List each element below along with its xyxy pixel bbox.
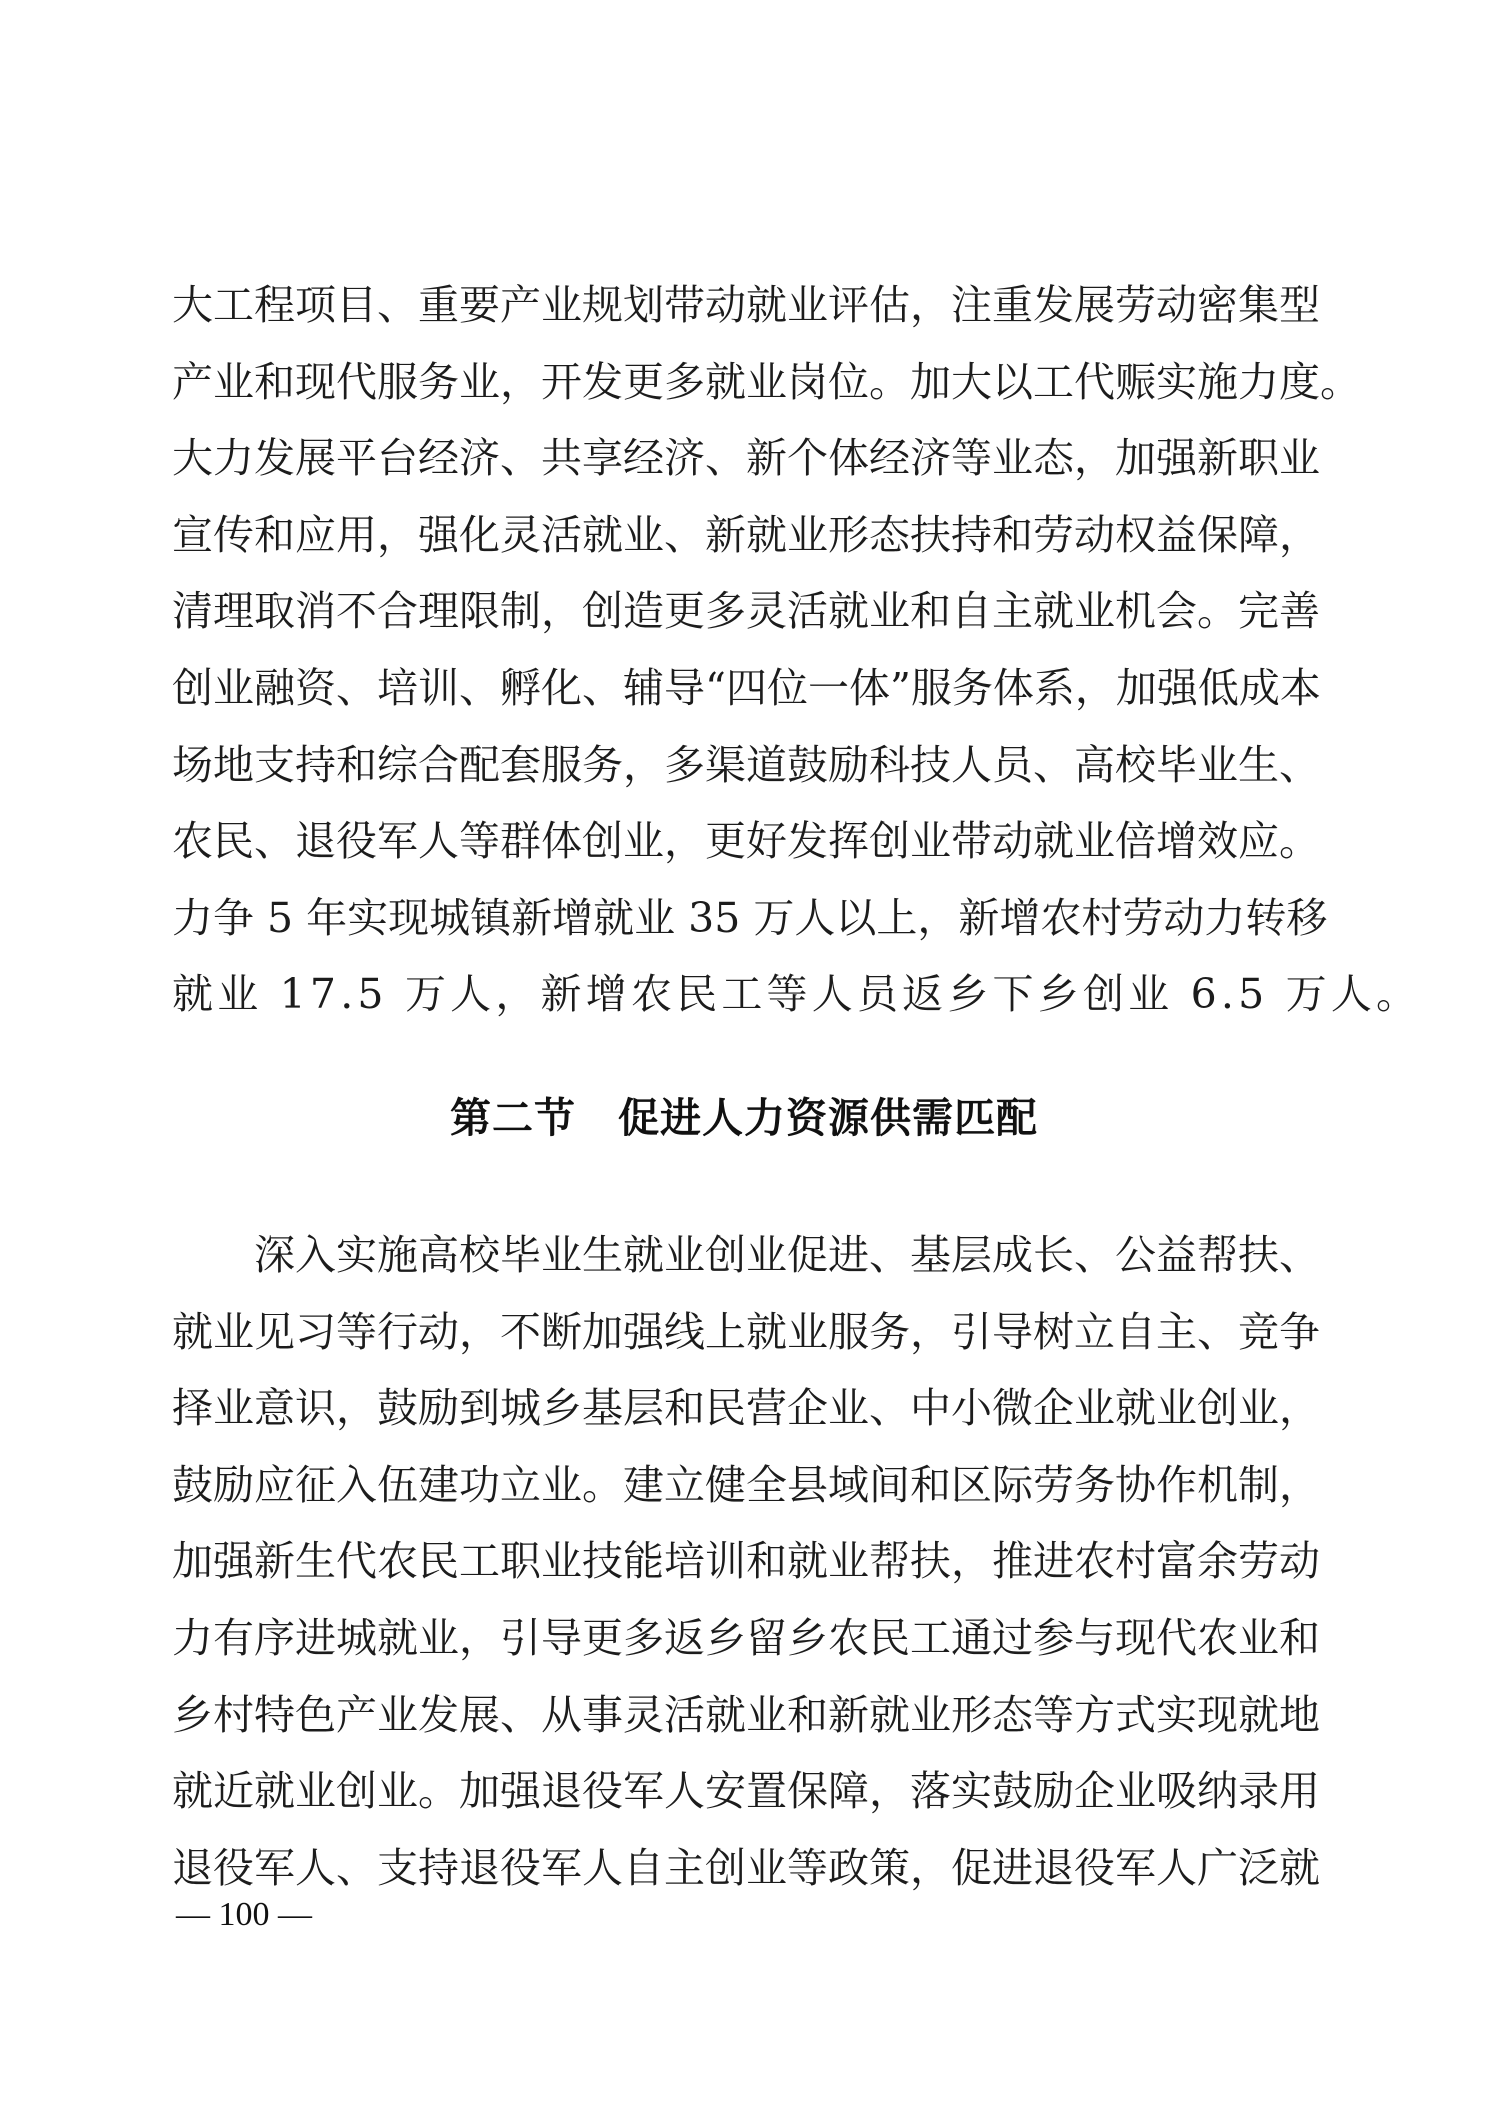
paragraph-line: 鼓励应征入伍建功立业。建立健全县域间和区际劳务协作机制， xyxy=(172,1455,1284,1515)
paragraph-line: 加强新生代农民工职业技能培训和就业帮扶，推进农村富余劳动 xyxy=(172,1531,1284,1591)
paragraph-line: 退役军人、支持退役军人自主创业等政策，促进退役军人广泛就 xyxy=(172,1838,1284,1898)
paragraph-line: 就业见习等行动，不断加强线上就业服务，引导树立自主、竞争 xyxy=(172,1302,1284,1362)
section-heading: 第二节 促进人力资源供需匹配 xyxy=(450,1088,1030,1148)
paragraph-line: 创业融资、培训、孵化、辅导“四位一体”服务体系，加强低成本 xyxy=(172,658,1284,718)
paragraph-line: 农民、退役军人等群体创业，更好发挥创业带动就业倍增效应。 xyxy=(172,811,1284,871)
page-number: — 100 — xyxy=(176,1890,312,1940)
paragraph-line: 深入实施高校毕业生就业创业促进、基层成长、公益帮扶、 xyxy=(254,1225,1284,1285)
paragraph-line: 场地支持和综合配套服务，多渠道鼓励科技人员、高校毕业生、 xyxy=(172,735,1284,795)
paragraph-line: 力有序进城就业，引导更多返乡留乡农民工通过参与现代农业和 xyxy=(172,1608,1284,1668)
paragraph-line: 产业和现代服务业，开发更多就业岗位。加大以工代赈实施力度。 xyxy=(172,352,1284,412)
paragraph-line: 择业意识，鼓励到城乡基层和民营企业、中小微企业就业创业， xyxy=(172,1378,1284,1438)
paragraph-line: 就业 17.5 万人，新增农民工等人员返乡下乡创业 6.5 万人。 xyxy=(172,964,1284,1024)
paragraph-line: 力争 5 年实现城镇新增就业 35 万人以上，新增农村劳动力转移 xyxy=(172,888,1284,948)
document-page: 大工程项目、重要产业规划带动就业评估，注重发展劳动密集型 产业和现代服务业，开发… xyxy=(0,0,1486,2103)
paragraph-line: 就近就业创业。加强退役军人安置保障，落实鼓励企业吸纳录用 xyxy=(172,1761,1284,1821)
paragraph-line: 清理取消不合理限制，创造更多灵活就业和自主就业机会。完善 xyxy=(172,581,1284,641)
paragraph-line: 乡村特色产业发展、从事灵活就业和新就业形态等方式实现就地 xyxy=(172,1685,1284,1745)
paragraph-line: 大力发展平台经济、共享经济、新个体经济等业态，加强新职业 xyxy=(172,428,1284,488)
paragraph-line: 宣传和应用，强化灵活就业、新就业形态扶持和劳动权益保障， xyxy=(172,505,1284,565)
paragraph-line: 大工程项目、重要产业规划带动就业评估，注重发展劳动密集型 xyxy=(172,275,1284,335)
